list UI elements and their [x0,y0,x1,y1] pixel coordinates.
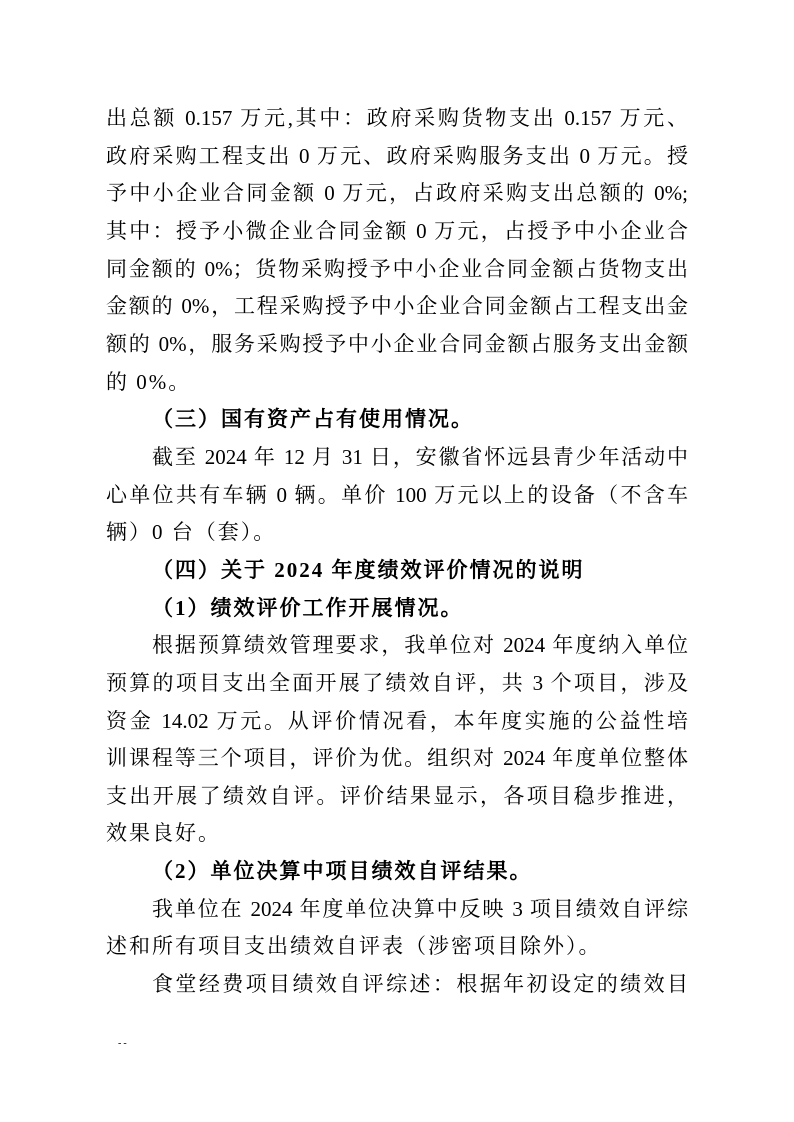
body-line: 予中小企业合同金额 0 万元，占政府采购支出总额的 0%; [106,175,688,213]
body-line: 心单位共有车辆 0 辆。单价 100 万元以上的设备（不含车 [106,477,688,515]
body-line: 辆）0 台（套）。 [106,514,688,552]
body-line: 食堂经费项目绩效自评综述：根据年初设定的绩效目 [106,966,688,1004]
body-line: 其中：授予小微企业合同金额 0 万元，占授予中小企业合 [106,213,688,251]
body-line: 效果良好。 [106,815,688,853]
page-footer-mark: -- [118,1038,129,1049]
body-line: 支出开展了绩效自评。评价结果显示，各项目稳步推进， [106,778,688,816]
body-line: 额的 0%，服务采购授予中小企业合同金额占服务支出金额 [106,326,688,364]
section-heading: （2）单位决算中项目绩效自评结果。 [106,853,688,891]
body-line: 截至 2024 年 12 月 31 日，安徽省怀远县青少年活动中 [106,439,688,477]
document-page: { "page": { "background": "#ffffff", "te… [0,0,794,1122]
section-heading: （1）绩效评价工作开展情况。 [106,590,688,628]
body-line: 的 0%。 [106,364,688,402]
section-heading: （四）关于 2024 年度绩效评价情况的说明 [106,552,688,590]
body-line: 政府采购工程支出 0 万元、政府采购服务支出 0 万元。授 [106,138,688,176]
body-line: 训课程等三个项目，评价为优。组织对 2024 年度单位整体 [106,740,688,778]
body-line: 出总额 0.157 万元,其中：政府采购货物支出 0.157 万元、 [106,100,688,138]
body-line: 金额的 0%，工程采购授予中小企业合同金额占工程支出金 [106,288,688,326]
body-line: 同金额的 0%；货物采购授予中小企业合同金额占货物支出 [106,251,688,289]
body-line: 预算的项目支出全面开展了绩效自评，共 3 个项目，涉及 [106,665,688,703]
section-heading: （三）国有资产占有使用情况。 [106,401,688,439]
document-body: 出总额 0.157 万元,其中：政府采购货物支出 0.157 万元、 政府采购工… [106,100,688,1004]
body-line: 我单位在 2024 年度单位决算中反映 3 项目绩效自评综 [106,891,688,929]
body-line: 资金 14.02 万元。从评价情况看，本年度实施的公益性培 [106,703,688,741]
body-line: 根据预算绩效管理要求，我单位对 2024 年度纳入单位 [106,627,688,665]
body-line: 述和所有项目支出绩效自评表（涉密项目除外）。 [106,928,688,966]
